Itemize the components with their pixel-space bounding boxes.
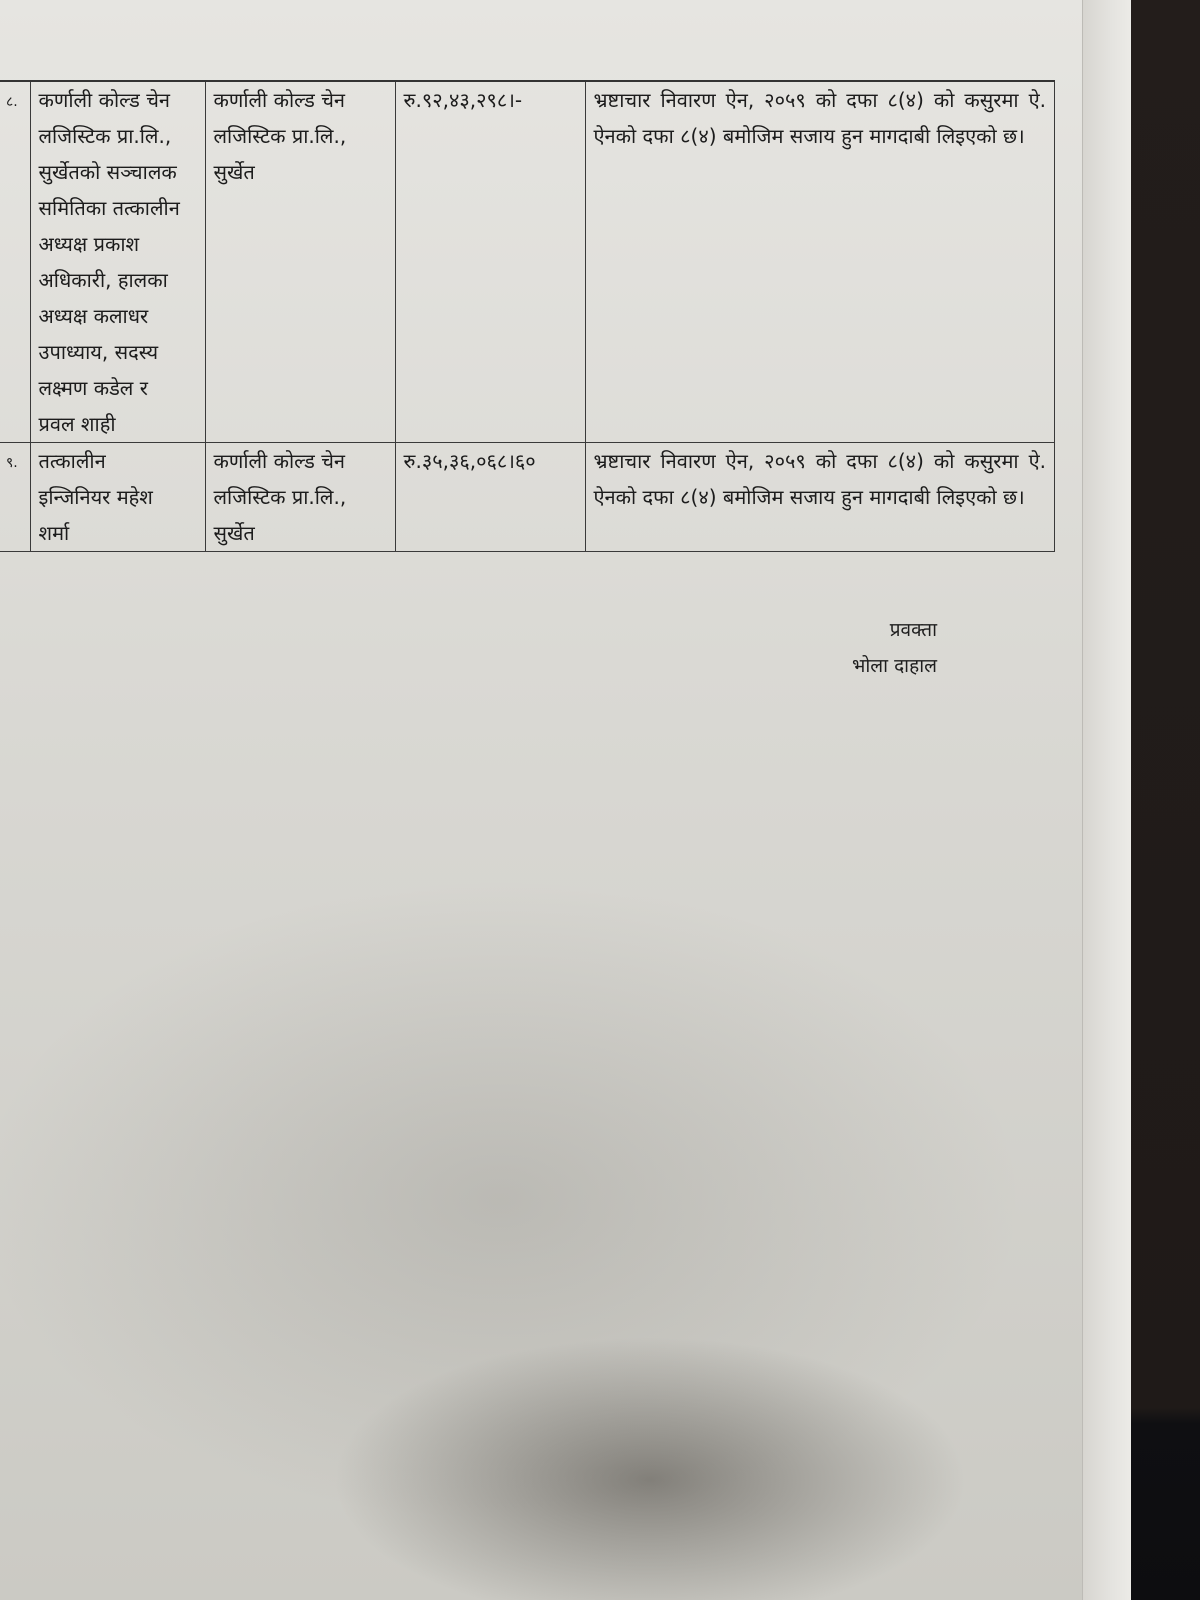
table-row: ८. कर्णाली कोल्ड चेन लजिस्टिक प्रा.लि., … [0, 81, 1055, 443]
defendant-line: अध्यक्ष प्रकाश [39, 226, 197, 262]
case-table: ८. कर्णाली कोल्ड चेन लजिस्टिक प्रा.लि., … [0, 80, 1055, 552]
defendant-line: लक्ष्मण कडेल र [39, 370, 197, 406]
organization-line: सुर्खेत [214, 515, 387, 551]
defendant-line: सुर्खेतको सञ्चालक [39, 154, 197, 190]
case-description: भ्रष्टाचार निवारण ऐन, २०५९ को दफा ८(४) क… [585, 81, 1055, 443]
dark-background [1128, 0, 1200, 1600]
table-row: ९. तत्कालीन इन्जिनियर महेश शर्मा कर्णाली… [0, 443, 1055, 552]
defendant-line: अध्यक्ष कलाधर [39, 298, 197, 334]
defendant-line: इन्जिनियर महेश [39, 479, 197, 515]
defendant-line: शर्मा [39, 515, 197, 551]
defendant-cell: तत्कालीन इन्जिनियर महेश शर्मा [30, 443, 205, 552]
defendant-line: प्रवल शाही [39, 406, 197, 442]
serial-number: ८. [0, 81, 30, 443]
organization-line: कर्णाली कोल्ड चेन [214, 443, 387, 479]
signatory-name: भोला दाहाल [852, 648, 937, 684]
organization-cell: कर्णाली कोल्ड चेन लजिस्टिक प्रा.लि., सुर… [205, 443, 395, 552]
defendant-line: समितिका तत्कालीन [39, 190, 197, 226]
defendant-line: कर्णाली कोल्ड चेन [39, 82, 197, 118]
defendant-line: उपाध्याय, सदस्य [39, 334, 197, 370]
organization-cell: कर्णाली कोल्ड चेन लजिस्टिक प्रा.लि., सुर… [205, 81, 395, 443]
claimed-amount: रु.३५,३६,०६८।६० [395, 443, 585, 552]
claimed-amount: रु.९२,४३,२९८।- [395, 81, 585, 443]
defendant-line: तत्कालीन [39, 443, 197, 479]
document-page: ८. कर्णाली कोल्ड चेन लजिस्टिक प्रा.लि., … [0, 0, 1083, 1600]
defendant-cell: कर्णाली कोल्ड चेन लजिस्टिक प्रा.लि., सुर… [30, 81, 205, 443]
underlying-page-edge [1080, 0, 1131, 1600]
organization-line: लजिस्टिक प्रा.लि., [214, 118, 387, 154]
defendant-line: लजिस्टिक प्रा.लि., [39, 118, 197, 154]
organization-line: कर्णाली कोल्ड चेन [214, 82, 387, 118]
signatory-designation: प्रवक्ता [852, 612, 937, 648]
serial-number: ९. [0, 443, 30, 552]
case-description: भ्रष्टाचार निवारण ऐन, २०५९ को दफा ८(४) क… [585, 443, 1055, 552]
organization-line: लजिस्टिक प्रा.लि., [214, 479, 387, 515]
defendant-line: अधिकारी, हालका [39, 262, 197, 298]
signature-block: प्रवक्ता भोला दाहाल [852, 612, 937, 684]
organization-line: सुर्खेत [214, 154, 387, 190]
